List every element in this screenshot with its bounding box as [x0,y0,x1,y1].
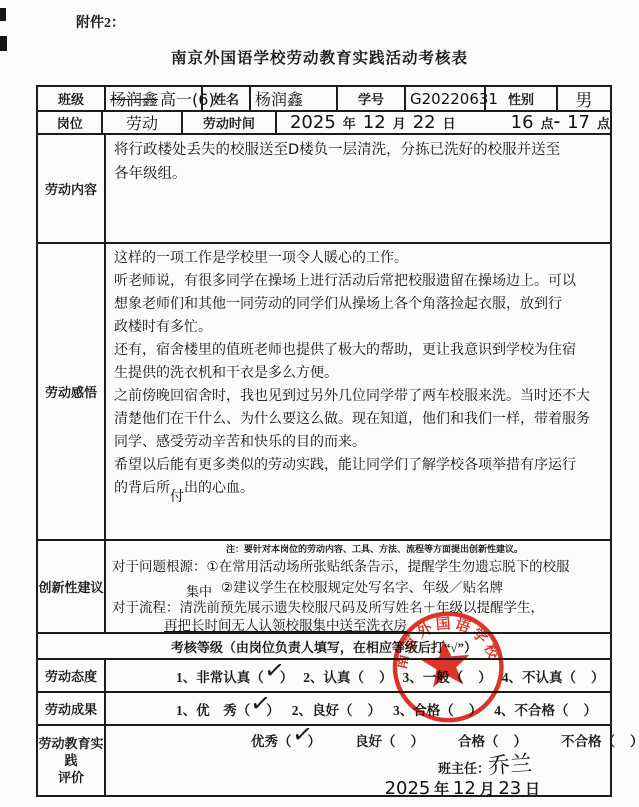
innovative-suggestion-label: 创新性建议 [38,541,104,632]
attitude-option-2: 2、认真（） [303,666,392,686]
reflection-line: 想象老师们和其他一同劳动的同学们从操场上各个角落捡起衣服，放到行 [114,293,590,316]
attitude-option-3: 3、一般（） [403,666,492,686]
reflection-line: 同学、感受劳动辛苦和快乐的目的而来。 [114,431,590,454]
gender-label: 性别 [484,87,556,110]
result-option-3: 3、合格（） [393,699,482,719]
reflection-line: 希望以后能有更多类似的劳动实践，能让同学们了解学校各项举措有序运行 [114,454,590,477]
name-value: 杨润鑫 [249,87,336,110]
grade-header: 考核等级（由岗位负责人填写，在相应等级后打“√”） [38,637,610,656]
checkmark: ✓ [264,663,281,675]
labor-reflection-label: 劳动感悟 [38,244,104,539]
attitude-option-1: 1、非常认真（✓） [176,666,293,686]
form-title: 南京外国语学校劳动教育实践活动考核表 [0,46,639,68]
labor-time-value: 2025年 12月 22日 16点– 17点 [275,112,610,133]
evaluation-option-4: 不合格（） [561,730,639,750]
head-teacher-label: 班主任： [438,758,490,777]
suggestion-line: 对于问题根源：①在常用活动场所张贴纸条告示，提醒学生勿遗忘脱下的校服 [112,555,570,575]
day-value: 22 [406,112,443,133]
row-labor-content: 劳动内容 将行政楼处丢失的校服送至D楼负一层清洗，分拣已洗好的校服并送至 各年级… [38,133,610,242]
labor-attitude-label: 劳动态度 [38,660,104,691]
labor-content-text: 将行政楼处丢失的校服送至D楼负一层清洗，分拣已洗好的校服并送至 各年级组。 [104,135,610,242]
row-labor-result: 劳动成果 1、优 秀（✓） 2、良好（） 3、合格（） 4、不合格（） [38,691,610,724]
reflection-line: 清楚他们在干什么、为什么要这么做。现在知道，他们和我们一样，带着服务 [114,408,590,431]
student-id-label: 学号 [336,87,404,110]
row-labor-attitude: 劳动态度 1、非常认真（✓） 2、认真（） 3、一般（） 4、不认真（） [38,658,610,691]
attitude-option-4: 4、不认真（） [502,666,605,686]
row-innovative-suggestion: 创新性建议 注：要针对本岗位的劳动内容、工具、方法、流程等方面提出创新性建议。 … [38,539,610,632]
class-value: 杨润鑫 高一(6) [104,87,201,110]
post-label: 岗位 [38,112,101,133]
row-grade-header: 考核等级（由岗位负责人填写，在相应等级后打“√”） [38,632,610,658]
gender-value: 男 [556,87,610,110]
name-label: 姓名 [201,87,249,110]
labor-content-label: 劳动内容 [38,135,104,242]
student-id-value: G20220631 [404,87,484,110]
practice-evaluation-label: 劳动教育实践 评价 [38,726,104,795]
suggestion-note: 注：要针对本岗位的劳动内容、工具、方法、流程等方面提出创新性建议。 [226,542,523,555]
evaluation-date: 2025 年 12 月 23 日 [385,778,540,799]
class-struck-name: 杨润鑫 [110,87,158,110]
reflection-line: 政楼时有多忙。 [114,316,590,339]
evaluation-option-1: 优秀（✓） [251,730,321,750]
month-value: 12 [356,112,393,133]
row-post-time: 岗位 劳动 劳动时间 2025年 12月 22日 16点– 17点 [38,110,610,133]
evaluation-option-2: 良好（） [355,730,424,750]
checkmark: ✓ [250,696,267,708]
reflection-line: 这样的一项工作是学校里一项令人暖心的工作。 [114,247,590,270]
labor-attitude-options: 1、非常认真（✓） 2、认真（） 3、一般（） 4、不认真（） [104,660,610,691]
row-labor-reflection: 劳动感悟 这样的一项工作是学校里一项令人暖心的工作。 听老师说，有很多同学在操场… [38,242,610,539]
row-practice-evaluation: 劳动教育实践 评价 优秀（✓） 良好（） 合格（） 不合格（） 班主任： 乔兰 … [38,724,610,795]
reflection-line: 听老师说，有很多同学在操场上进行活动后常把校服遗留在操场边上。可以 [114,270,590,293]
post-value: 劳动 [101,112,180,133]
content-line: 各年级组。 [114,162,560,186]
labor-result-options: 1、优 秀（✓） 2、良好（） 3、合格（） 4、不合格（） [104,693,610,724]
content-line: 将行政楼处丢失的校服送至D楼负一层清洗，分拣已洗好的校服并送至 [114,138,560,162]
checkmark: ✓ [291,728,308,740]
assessment-form-table: 班级 杨润鑫 高一(6) 姓名 杨润鑫 学号 G20220631 性别 男 岗位… [36,85,612,797]
result-option-2: 2、良好（） [292,699,381,719]
result-option-4: 4、不合格（） [494,699,597,719]
labor-reflection-text: 这样的一项工作是学校里一项令人暖心的工作。 听老师说，有很多同学在操场上进行活动… [104,244,610,539]
year-value: 2025 [283,112,343,133]
reflection-last-line: 的背后所付出的心血。 [114,477,590,500]
start-hour-value: 16 [504,112,541,133]
practice-evaluation-content: 优秀（✓） 良好（） 合格（） 不合格（） 班主任： 乔兰 2025 年 12 … [104,726,610,795]
row-student-info: 班级 杨润鑫 高一(6) 姓名 杨润鑫 学号 G20220631 性别 男 [38,87,610,110]
labor-result-label: 劳动成果 [38,693,104,724]
result-option-1: 1、优 秀（✓） [176,699,280,719]
suggestion-line: 对于流程：清洗前预先展示遗失校服尺码及所写姓名＋年级以提醒学生， [112,596,544,616]
class-label: 班级 [38,87,104,110]
suggestion-line: ②建议学生在校服规定处写名字、年级／贴名牌 [221,576,503,596]
innovative-suggestion-text: 注：要针对本岗位的劳动内容、工具、方法、流程等方面提出创新性建议。 对于问题根源… [104,541,610,632]
labor-time-label: 劳动时间 [181,112,275,133]
reflection-line: 生提供的洗衣机和干衣是多么方便。 [114,362,590,385]
reflection-line: 之前傍晚回宿舍时，我也见到过另外几位同学带了两车校服来洗。当时还不大 [114,385,590,408]
inserted-char: 付 [170,489,184,505]
scan-artifact [0,8,6,21]
head-teacher-signature: 乔兰 [487,747,533,781]
end-hour-value: 17 [560,112,597,133]
attachment-label: 附件2： [76,12,125,32]
suggestion-line: 再把长时间无人认领校服集中送至洗衣房 [164,614,407,634]
reflection-line: 还有，宿舍楼里的值班老师也提供了极大的帮助，更让我意识到学校为住宿 [114,339,590,362]
